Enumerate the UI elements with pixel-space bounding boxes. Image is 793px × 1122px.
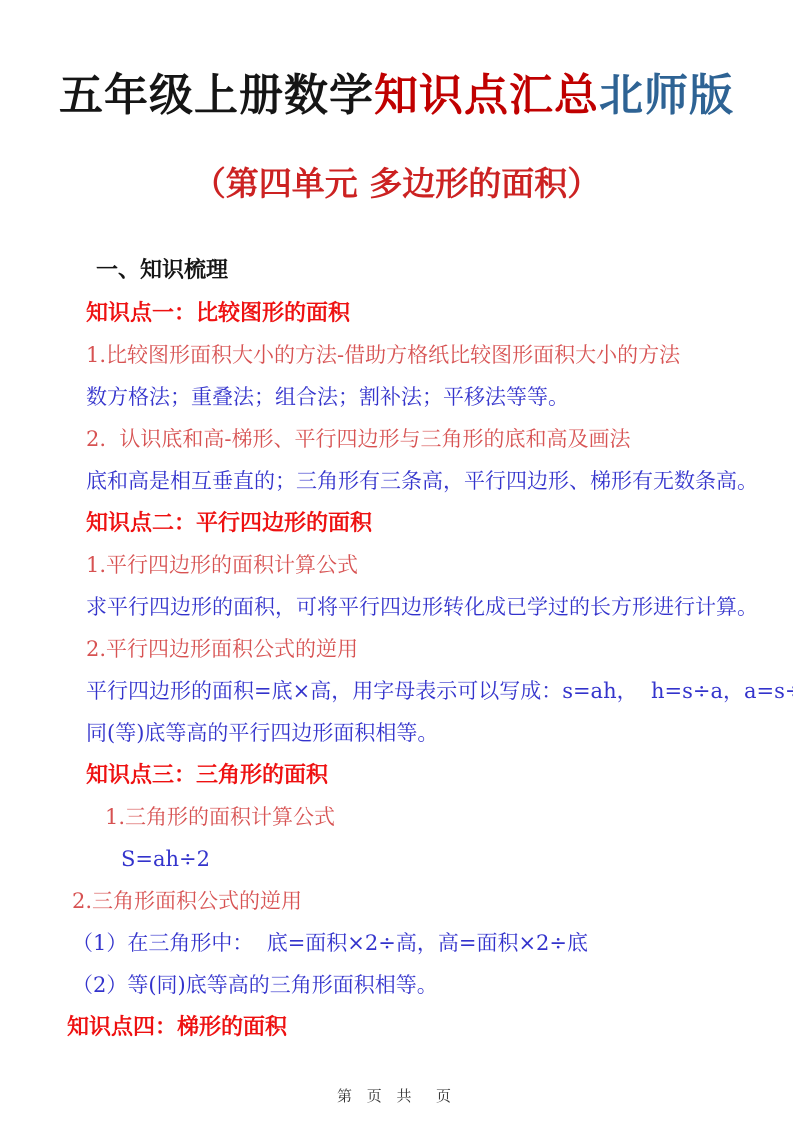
kp2-item-1-note: 求平行四边形的面积，可将平行四边形转化成已学过的长方形进行计算。 (86, 586, 733, 628)
page-subtitle: （第四单元 多边形的面积） (0, 164, 793, 204)
kp3-item-2-sub-2: （2）等(同)底等高的三角形面积相等。 (72, 964, 733, 1006)
kp2-item-1: 1.平行四边形的面积计算公式 (86, 544, 733, 586)
kp3-item-2: 2.三角形面积公式的逆用 (72, 880, 733, 922)
kp4-heading: 知识点四：梯形的面积 (67, 1006, 733, 1048)
kp1-item-2-note: 底和高是相互垂直的；三角形有三条高，平行四边形、梯形有无数条高。 (86, 460, 733, 502)
kp2-formula-line: 平行四边形的面积=底×高，用字母表示可以写成：s=ah， h=s÷a，a=s÷h (86, 670, 733, 712)
kp1-item-1: 1.比较图形面积大小的方法-借助方格纸比较图形面积大小的方法 (86, 334, 733, 376)
kp3-item-1: 1.三角形的面积计算公式 (86, 796, 733, 838)
section-heading: 一、知识梳理 (86, 250, 733, 292)
kp2-item-2: 2.平行四边形面积公式的逆用 (86, 628, 733, 670)
page-title: 五年级上册数学知识点汇总北师版 (0, 70, 793, 122)
kp3-heading: 知识点三：三角形的面积 (86, 754, 733, 796)
kp1-item-1-note: 数方格法；重叠法；组合法；割补法；平移法等等。 (86, 376, 733, 418)
title-black-segment: 五年级上册数学 (59, 70, 374, 121)
title-red-segment: 知识点汇总 (374, 70, 599, 121)
kp3-formula: S=ah÷2 (86, 838, 733, 880)
document-page: 五年级上册数学知识点汇总北师版 （第四单元 多边形的面积） 一、知识梳理 知识点… (0, 0, 793, 1122)
kp1-item-2: 2. 认识底和高-梯形、平行四边形与三角形的底和高及画法 (86, 418, 733, 460)
kp2-note: 同(等)底等高的平行四边形面积相等。 (86, 712, 733, 754)
title-blue-segment: 北师版 (599, 70, 734, 121)
kp3-item-2-sub-1: （1）在三角形中： 底=面积×2÷高，高=面积×2÷底 (72, 922, 733, 964)
document-body: 一、知识梳理 知识点一：比较图形的面积 1.比较图形面积大小的方法-借助方格纸比… (86, 250, 733, 1048)
kp2-heading: 知识点二：平行四边形的面积 (86, 502, 733, 544)
kp1-heading: 知识点一：比较图形的面积 (86, 292, 733, 334)
page-footer: 第 页 共 页 (0, 1085, 793, 1106)
